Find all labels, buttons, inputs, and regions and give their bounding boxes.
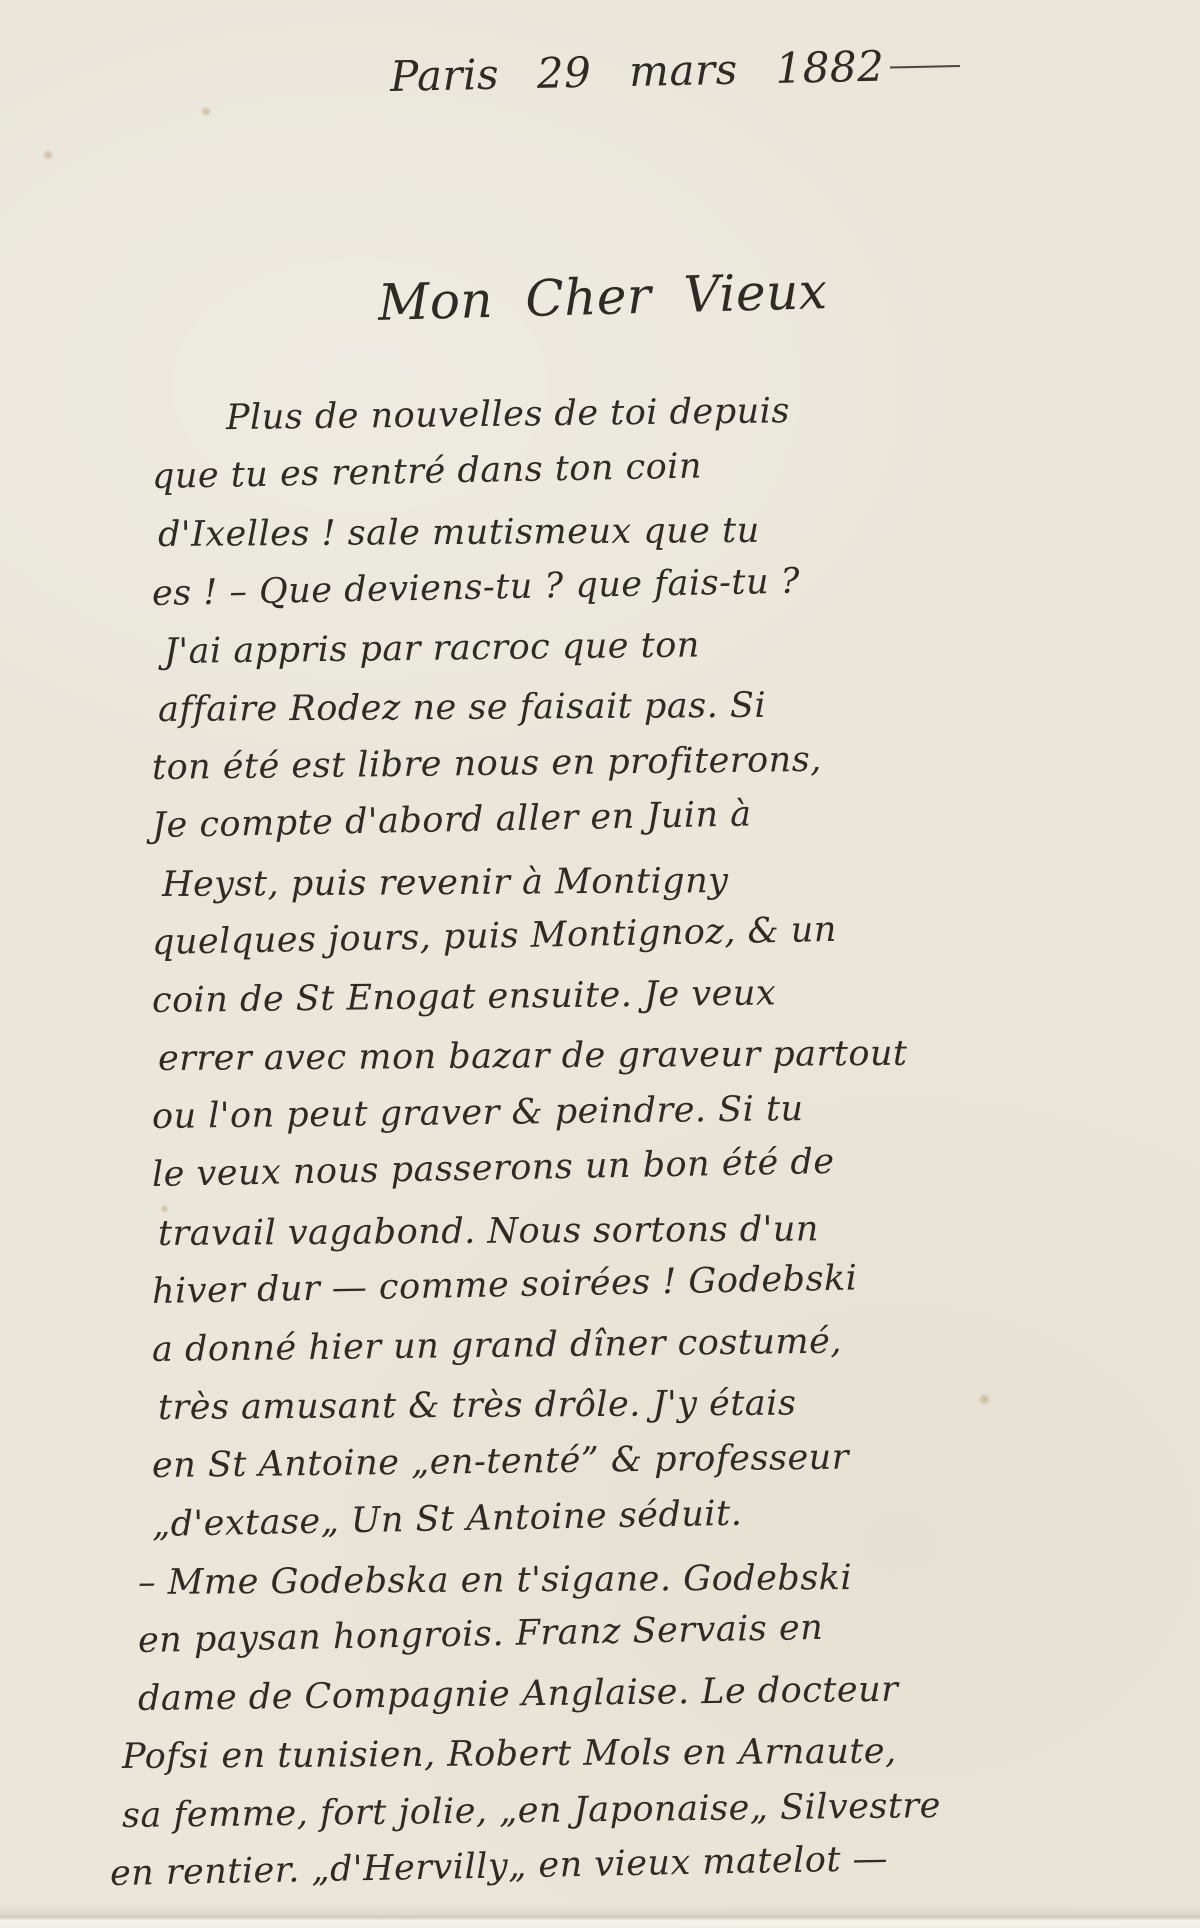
letter-line: a donné hier un grand dîner costumé, (152, 1309, 1133, 1379)
letter-line: coin de St Enogat ensuite. Je veux (152, 960, 1133, 1030)
dateline: Paris 29 mars 1882 (390, 40, 961, 101)
letter-line: J'ai appris par racroc que ton (164, 611, 1133, 681)
foxing-spot (978, 1394, 991, 1405)
foxing-spot (42, 150, 54, 160)
letter-page: Paris 29 mars 1882 Mon Cher Vieux Plus d… (0, 0, 1200, 1928)
letter-line: dame de Compagnie Anglaise. Le docteur (138, 1658, 1133, 1728)
paper-bottom-edge (0, 1904, 1200, 1928)
foxing-spot (160, 1205, 169, 1213)
salutation: Mon Cher Vieux (377, 262, 828, 332)
letter-body: Plus de nouvelles de toi depuis que tu e… (152, 390, 1132, 1903)
foxing-spot (200, 107, 212, 116)
